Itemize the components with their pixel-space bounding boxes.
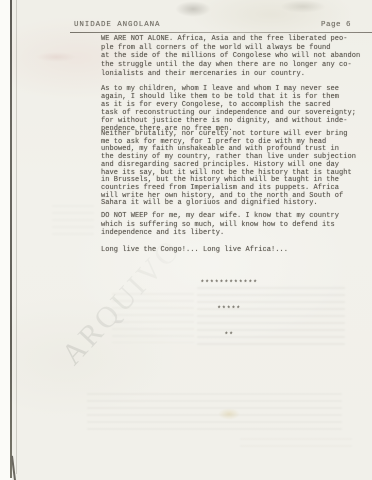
- page-edge-line: [10, 0, 12, 478]
- scanned-letter-page: UNIDADE ANGOLANA Page 6 ARQUIVO WE ARE N…: [12, 0, 372, 480]
- org-title: UNIDADE ANGOLANA: [74, 21, 160, 29]
- closing-line: Long live the Congo!... Long live Africa…: [101, 246, 363, 255]
- bleed-through-text: [87, 393, 342, 431]
- ink-smudge: [175, 1, 211, 17]
- asterisk-row: *****: [101, 306, 357, 315]
- paragraph-neither-brutality: Neither brutality, nor curelty not tortu…: [101, 131, 363, 208]
- page-number: Page 6: [321, 21, 351, 29]
- stain-spot: [36, 52, 76, 62]
- asterisk-row: ************: [101, 280, 357, 289]
- bleed-through-text: [240, 438, 352, 452]
- asterisk-divider: ************ ***** **: [101, 263, 357, 358]
- bleed-through-text: [52, 205, 94, 235]
- paragraph-as-to-my-children: As to my children, whom I leave and whom…: [101, 85, 363, 134]
- paragraph-do-not-weep: DO NOT WEEP for me, my dear wife. I know…: [101, 212, 363, 238]
- page-edge-line-faint: [16, 0, 17, 474]
- asterisk-row: **: [101, 332, 357, 341]
- ink-smudge: [280, 0, 326, 13]
- paragraph-we-are-not-alone: WE ARE NOT ALONE. Africa, Asia and the f…: [101, 35, 363, 79]
- header-rule: [70, 32, 372, 33]
